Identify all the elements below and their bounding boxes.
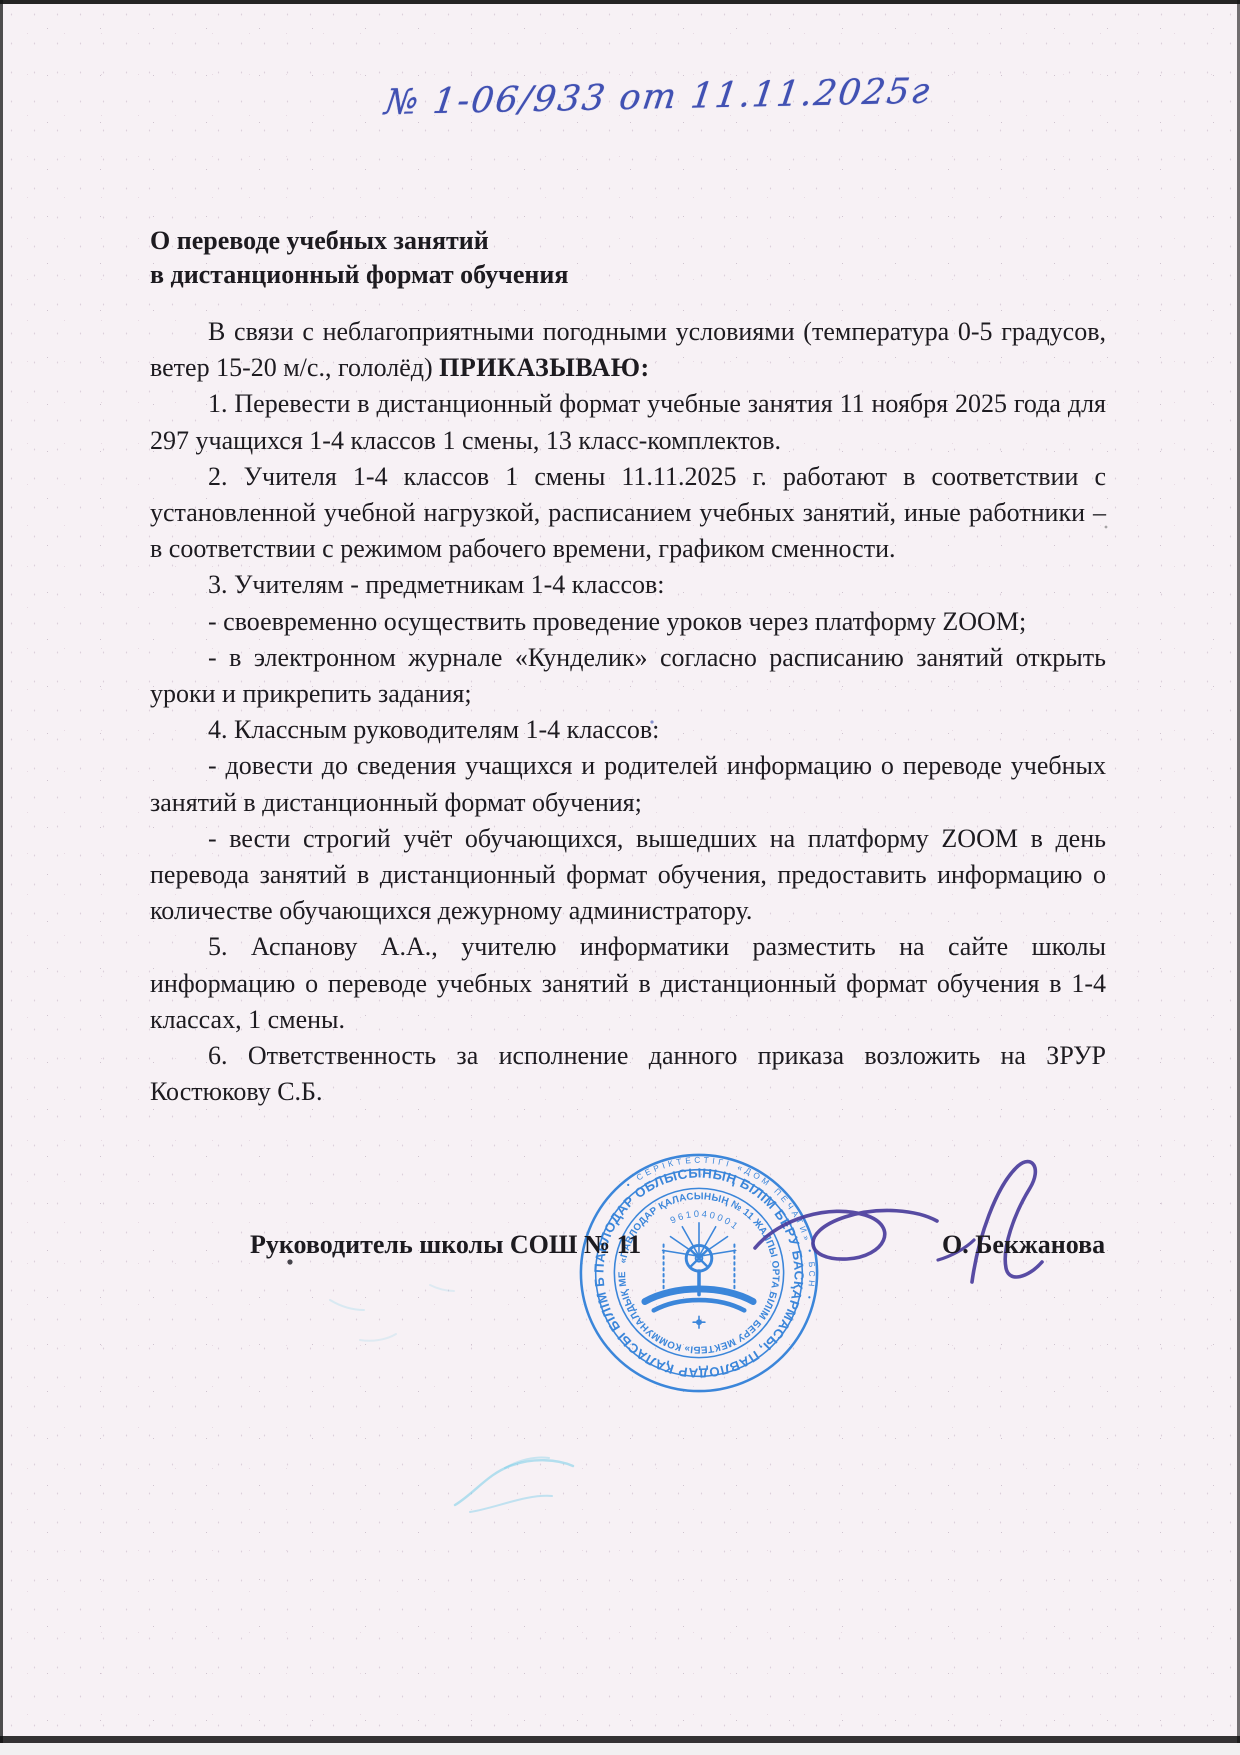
paragraph-item-1: 1. Перевести в дистанционный формат учеб…	[150, 386, 1106, 458]
scan-edge-top	[0, 0, 1240, 4]
document-page: № 1-06/933 от 11.11.2025г О переводе уче…	[0, 0, 1240, 1755]
signer-name: О. Бекжанова	[942, 1230, 1105, 1260]
paragraph-item-4: 4. Классным руководителям 1-4 классов:	[150, 712, 1106, 748]
paragraph-item-4b: - вести строгий учёт обучающихся, вышедш…	[150, 821, 1106, 930]
paragraph-item-3b: - в электронном журнале «Кунделик» согла…	[150, 640, 1106, 712]
order-body: В связи с неблагоприятными погодными усл…	[150, 314, 1106, 1110]
paragraph-item-2: 2. Учителя 1-4 классов 1 смены 11.11.202…	[150, 459, 1106, 568]
order-title-line1: О переводе учебных занятий	[150, 224, 950, 258]
handwritten-signature	[720, 1130, 1100, 1320]
prikaz-keyword: ПРИКАЗЫВАЮ:	[439, 353, 649, 382]
paragraph-item-4a: - довести до сведения учащихся и родител…	[150, 748, 1106, 820]
paragraph-item-6: 6. Ответственность за исполнение данного…	[150, 1038, 1106, 1110]
scan-edge-bottom	[0, 1736, 1240, 1743]
signature-row: Руководитель школы СОШ № 11 О. Бекжанова	[0, 1230, 1240, 1270]
paragraph-item-3a: - своевременно осуществить проведение ур…	[150, 604, 1106, 640]
handwritten-registration-number: № 1-06/933 от 11.11.2025г	[382, 73, 867, 123]
scan-void-bottom	[0, 1743, 1240, 1755]
scan-edge-left	[0, 0, 3, 1745]
signer-role: Руководитель школы СОШ № 11	[250, 1230, 641, 1260]
paragraph-preamble: В связи с неблагоприятными погодными усл…	[150, 314, 1106, 386]
order-title-line2: в дистанционный формат обучения	[150, 258, 950, 292]
order-title: О переводе учебных занятий в дистанционн…	[150, 224, 950, 292]
paragraph-item-5: 5. Аспанову А.А., учителю информатики ра…	[150, 929, 1106, 1038]
paragraph-item-3: 3. Учителям - предметникам 1-4 классов:	[150, 567, 1106, 603]
